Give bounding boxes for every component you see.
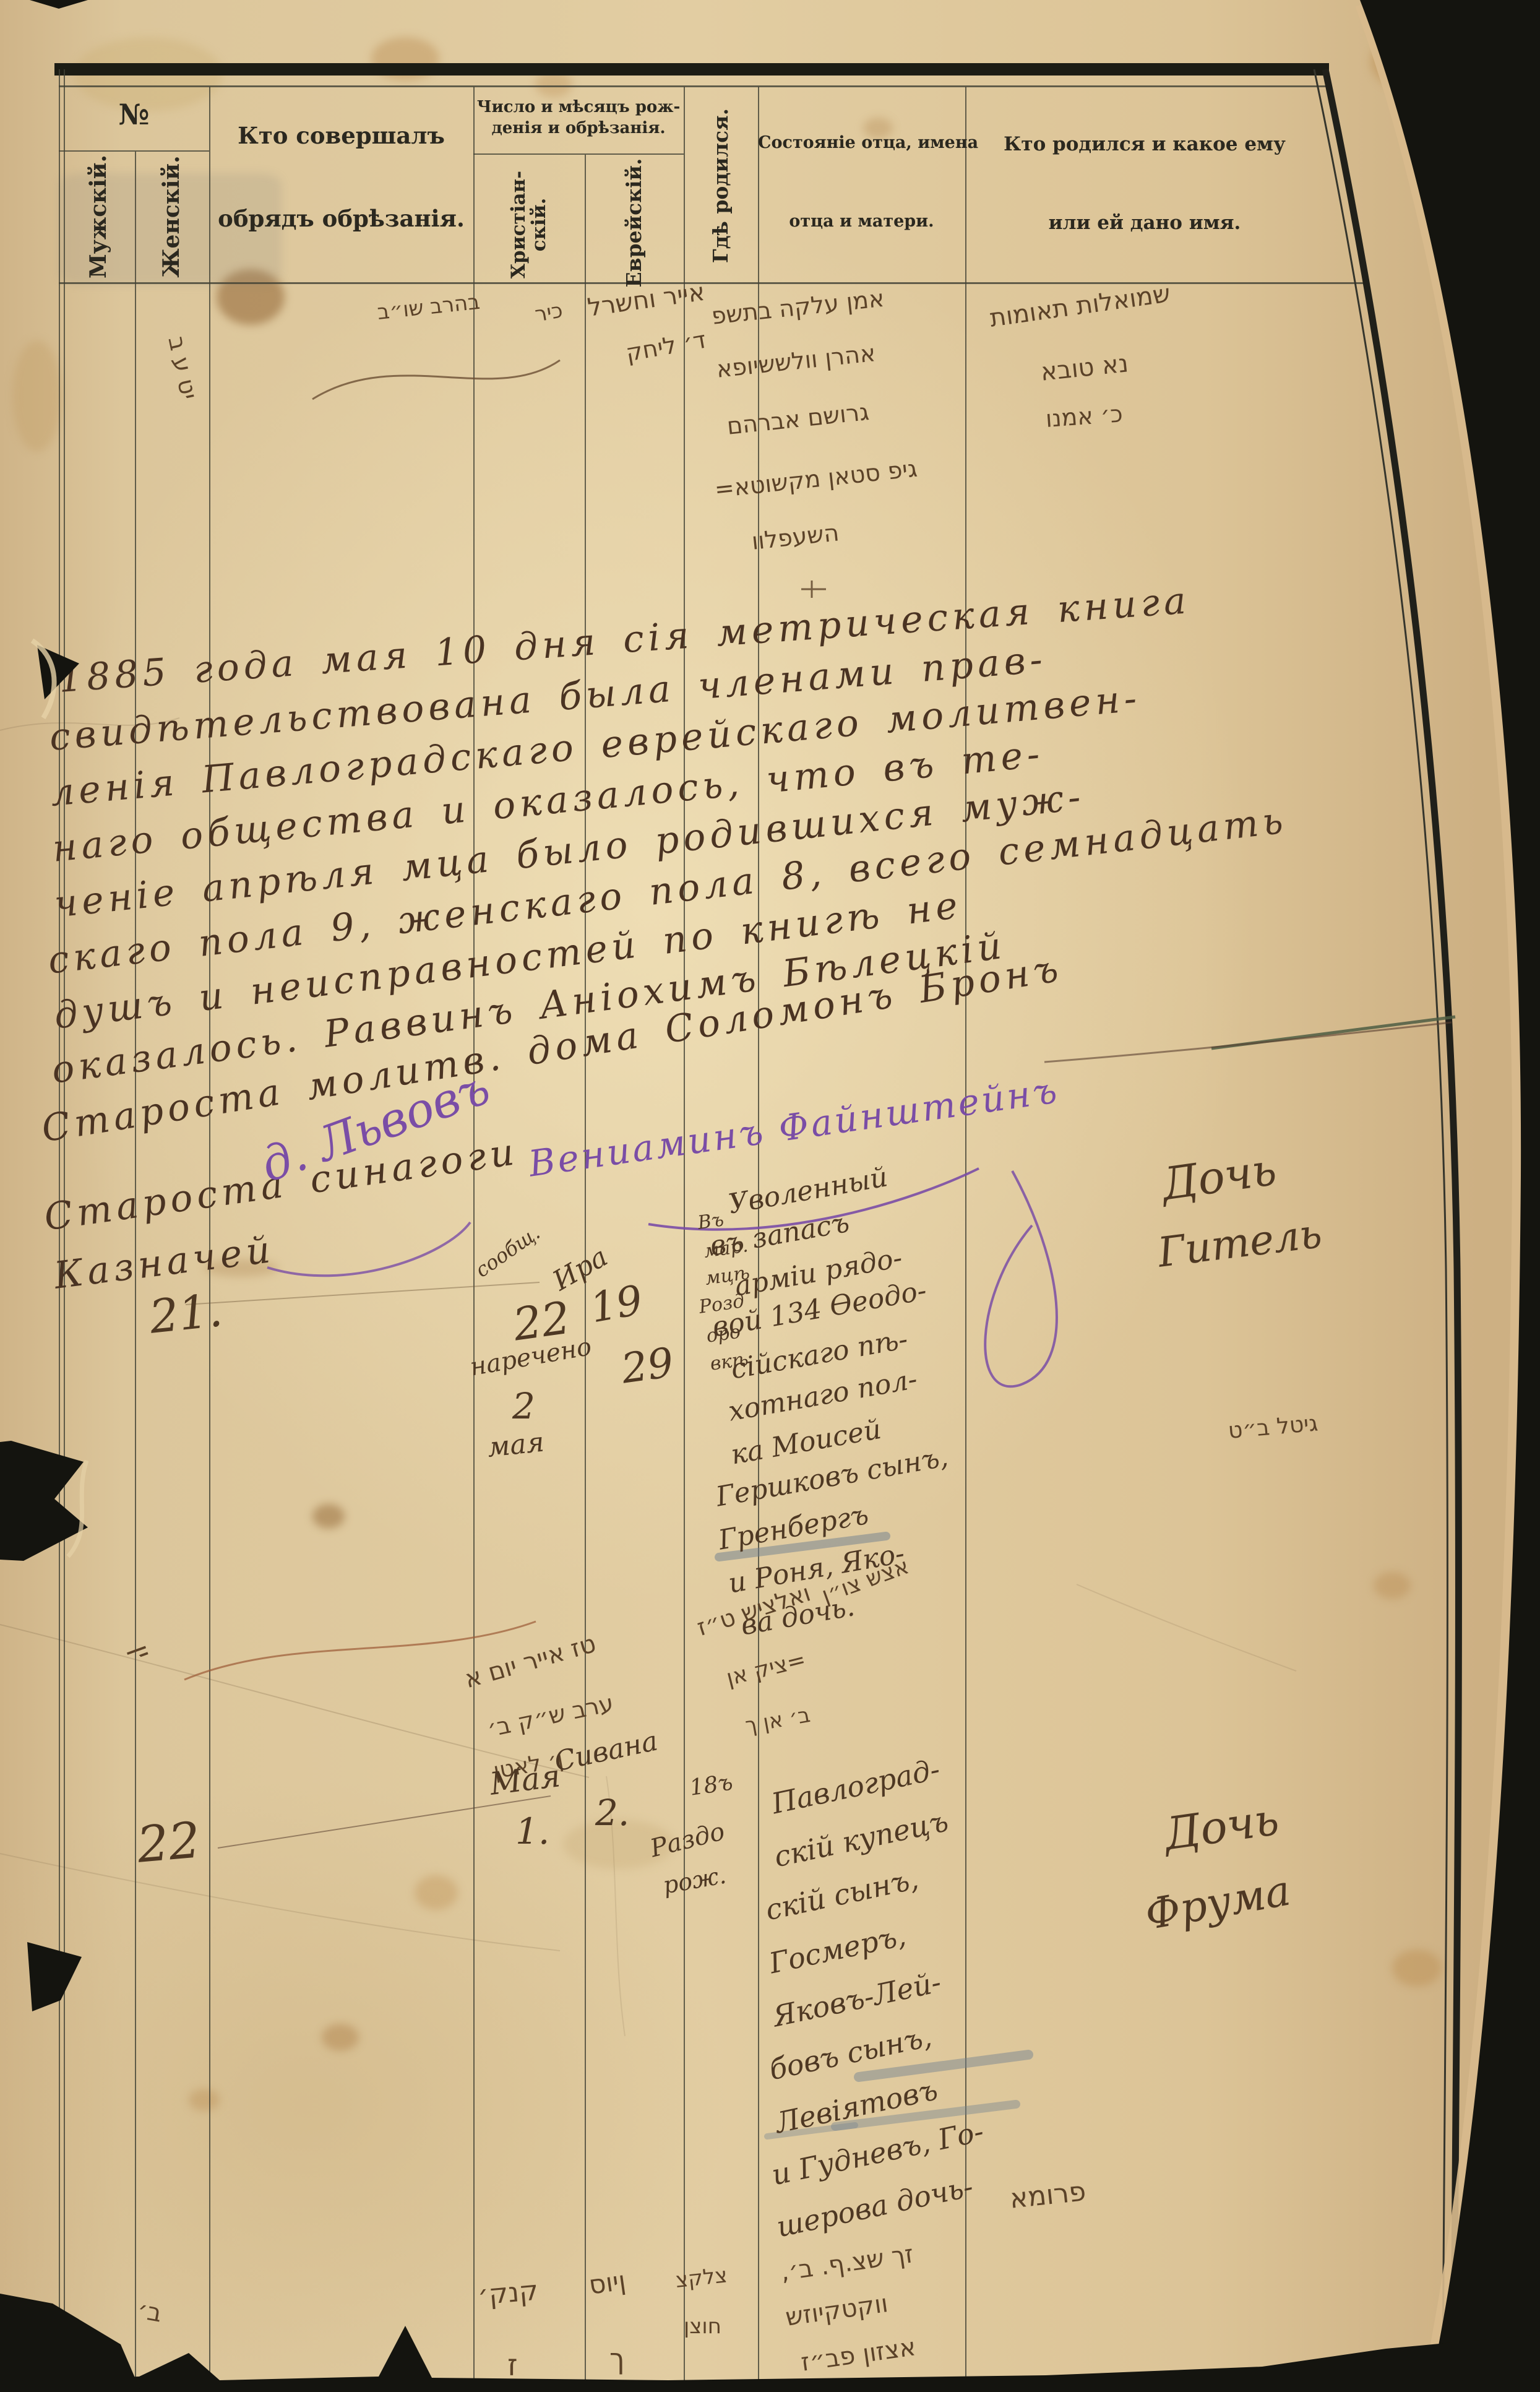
- table-rule: [473, 153, 684, 155]
- stain: [1374, 1572, 1411, 1599]
- header-col-female: Женскій.: [160, 155, 184, 278]
- stain: [415, 1875, 458, 1910]
- cert-signature-feinstein: Вениаминъ Файнштейнъ: [527, 1072, 1061, 1182]
- hebrew-row-line: ערב ש״ק ב׳: [485, 1691, 616, 1740]
- header-col-no: №: [59, 98, 209, 131]
- record-21-father-line: Уволенный: [726, 1164, 890, 1218]
- prev-record-father-line: השעפלוו: [751, 520, 840, 553]
- table-rule: [473, 87, 475, 2392]
- prev-record-female-mark: יט ע ב: [165, 334, 201, 402]
- record-21-father-line: въ запасъ: [708, 1209, 851, 1261]
- record-22-father-line: скій сынъ,: [763, 1864, 921, 1924]
- record-22-child-name: Фрума: [1142, 1870, 1294, 1936]
- header-col-date-group-1: Число и мѣсяцъ рож-: [473, 98, 684, 117]
- record-21-jewish-named-day: 29: [619, 1342, 676, 1390]
- prev-record-jewish-date-2: ד׳ ליחק: [624, 328, 708, 365]
- stain: [1392, 1949, 1442, 1987]
- record-22-father-line: Павлоград-: [769, 1755, 942, 1818]
- record-21-child-name-hebrew: גיטל ב״ט: [1227, 1412, 1318, 1443]
- stain: [312, 1504, 345, 1529]
- prev-record-christian-date: כיר: [533, 300, 564, 325]
- record-22-father-line: бовъ сынъ,: [767, 2022, 934, 2084]
- cert-kaznachey: Казначей: [52, 1231, 276, 1295]
- header-col-christian-line1: Христіан-: [509, 171, 529, 278]
- bottom-row-christian-2: ך: [609, 2344, 625, 2373]
- header-col-officiant-2: обрядъ обрѣзанія.: [209, 205, 473, 233]
- prev-record-father-line: אהרן וולששיופא: [715, 341, 877, 381]
- record-21-child-title: Дочь: [1159, 1146, 1279, 1206]
- prev-record-father-line: גיפ סטאן מקשוטא=: [713, 457, 918, 501]
- record-21-named-day: 2: [512, 1388, 535, 1424]
- header-col-birthplace: Гдѣ родился.: [708, 111, 733, 260]
- header-col-male: Мужскій.: [87, 155, 111, 278]
- header-col-christian: Христіан- скій.: [505, 157, 553, 293]
- record-22-jewish-month: Сивана: [552, 1727, 660, 1776]
- hebrew-row-female-mark: ין: [127, 1641, 156, 1662]
- prev-record-jewish-date-1: אייר וחשרל: [586, 280, 706, 321]
- table-rule: [59, 150, 209, 152]
- record-22-christian-month: Мая: [488, 1760, 562, 1800]
- hebrew-row-line: ב׳ אן ך: [744, 1704, 812, 1737]
- record-22-father-hebrew: ווקטקיוזש: [784, 2291, 889, 2330]
- table-rule: [965, 87, 966, 2392]
- prev-record-name-line: כ׳ אמנו: [1045, 402, 1124, 431]
- bottom-row-female-mark: ב׳: [136, 2297, 164, 2326]
- header-col-name-2: или ей дано имя.: [965, 212, 1324, 235]
- header-col-name-1: Кто родился и какое ему: [965, 133, 1324, 156]
- table-rule: [684, 87, 685, 2392]
- record-22-number: 22: [136, 1815, 202, 1870]
- prev-record-officiant-note: בהרב שו״ב: [376, 291, 481, 323]
- record-22-birthplace-frag: рож.: [661, 1863, 728, 1897]
- record-21-jewish-day: 19: [587, 1280, 645, 1329]
- header-col-officiant-1: Кто совершалъ: [209, 123, 473, 150]
- hebrew-row-line: טז אייר יום א: [462, 1631, 598, 1693]
- record-22-birthplace-frag: Раздо: [648, 1819, 727, 1861]
- prev-record-father-line: אמן עלקה בתשפ: [710, 287, 885, 328]
- header-col-christian-line2: скій.: [529, 198, 549, 252]
- record-22-jewish-day: 2.: [595, 1795, 629, 1831]
- table-top-bar: [54, 63, 1329, 76]
- stain: [189, 2089, 220, 2111]
- bottom-row-place-2: חוצן: [684, 2316, 721, 2337]
- stain: [322, 2024, 359, 2051]
- record-22-year-fragment: 18ъ: [688, 1771, 734, 1799]
- bottom-row-place: צלקצ: [674, 2265, 728, 2291]
- hebrew-row-line: =ציק אן: [725, 1649, 808, 1690]
- record-21-number: 21.: [147, 1287, 225, 1341]
- bottom-row-officiant: קנק׳: [476, 2278, 540, 2310]
- header-col-date-group-2: денія и обрѣзанія.: [473, 119, 684, 138]
- record-22-child-title: Дочь: [1161, 1796, 1281, 1856]
- record-21-reported: сообщ.: [472, 1222, 543, 1280]
- record-22-father-line: Госмеръ,: [767, 1921, 908, 1978]
- bottom-row-officiant-2: ז: [507, 2351, 518, 2380]
- metrical-book-page: № Мужскій. Женскій. Кто совершалъ обрядъ…: [0, 0, 1540, 2392]
- record-22-father-hebrew: זך שצ.ף. ב׳,: [779, 2242, 915, 2285]
- header-col-father-1: Состояніе отца, имена: [758, 133, 965, 153]
- record-22-father-hebrew: אצזון פב״ז: [799, 2334, 917, 2375]
- record-21-child-name: Гитель: [1156, 1213, 1324, 1274]
- record-22-christian-day: 1.: [515, 1813, 549, 1849]
- table-rule: [59, 85, 1327, 87]
- bottom-row-christian: ןיוס: [587, 2268, 627, 2299]
- header-col-father-2: отца и матери.: [758, 212, 965, 231]
- record-22-child-name-hebrew: פרומא: [1009, 2178, 1088, 2213]
- prev-record-father-line: גרושם אברהם: [726, 400, 870, 438]
- page-number: 12.: [1401, 15, 1466, 63]
- prev-record-name-line: נא טובא: [1039, 351, 1130, 385]
- record-22-father-line: скій купецъ: [772, 1807, 950, 1871]
- record-21-named-month: мая: [486, 1429, 546, 1462]
- prev-record-name-line: שמואלות תאומות: [988, 281, 1172, 331]
- header-col-jewish: Еврейскій.: [622, 155, 647, 291]
- stain: [12, 340, 62, 452]
